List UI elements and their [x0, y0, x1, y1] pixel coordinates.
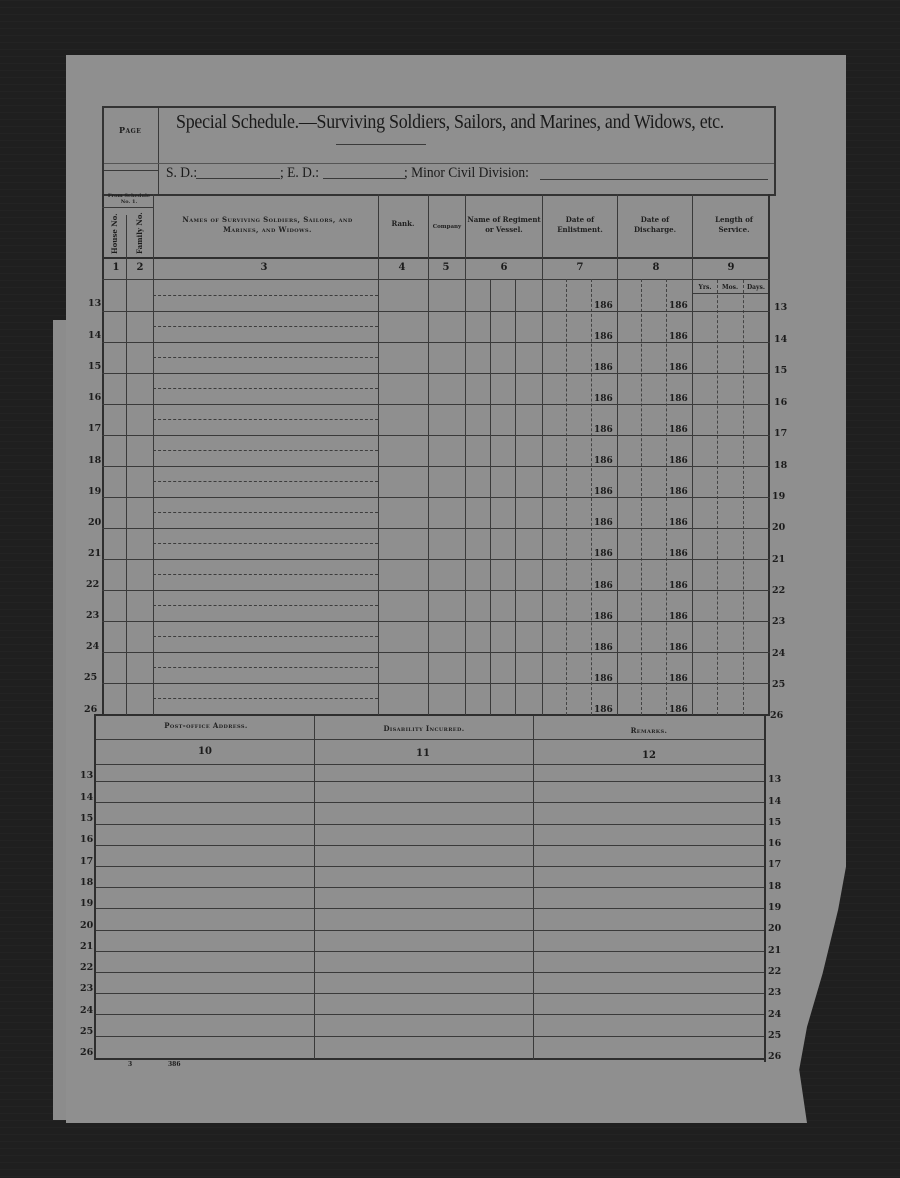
row-number: 20: [768, 923, 781, 934]
row-guide: [153, 357, 378, 358]
year-prefix: 186: [594, 581, 613, 591]
row-number: 19: [772, 491, 785, 502]
header-post-office-address: Post-office Address.: [100, 721, 312, 731]
year-prefix: 186: [594, 674, 613, 684]
colnum-row-bottom: [102, 279, 770, 280]
year-prefix: 186: [669, 549, 688, 559]
colnum-3: 3: [258, 262, 270, 273]
group-header-line: [102, 207, 154, 208]
year-prefix: 186: [669, 363, 688, 373]
row-guide: [153, 543, 378, 544]
row-number: 25: [80, 1026, 93, 1037]
title-underline: [336, 144, 426, 145]
row-number: 19: [88, 486, 101, 497]
row-guide: [153, 667, 378, 668]
year-prefix: 186: [594, 487, 613, 497]
row-line: [102, 342, 770, 343]
row-line: [96, 1036, 764, 1037]
col-divider-8-9: [692, 194, 693, 715]
group-header-schedule1: From Schedule No. 1.: [104, 193, 154, 205]
colnum-4: 4: [396, 262, 408, 273]
row-number: 23: [772, 616, 785, 627]
row-line: [96, 824, 764, 825]
row-number: 14: [774, 334, 787, 345]
row-number: 20: [80, 920, 93, 931]
colnum-6: 6: [498, 262, 510, 273]
row-line: [96, 781, 764, 782]
year-prefix: 186: [669, 674, 688, 684]
row-number: 15: [774, 365, 787, 376]
year-prefix: 186: [594, 612, 613, 622]
row-line: [102, 497, 770, 498]
row-line: [102, 311, 770, 312]
row-guide: [153, 574, 378, 575]
year-prefix: 186: [594, 705, 613, 715]
subheader-line: [692, 293, 768, 294]
header-company: Company: [429, 222, 465, 232]
row-number: 21: [88, 548, 101, 559]
row-number: 26: [770, 710, 783, 721]
year-prefix: 186: [594, 643, 613, 653]
year-prefix: 186: [594, 363, 613, 373]
row-guide: [153, 388, 378, 389]
col-divider-1-2: [126, 215, 127, 715]
col-divider-5-6: [465, 194, 466, 715]
year-prefix: 186: [669, 332, 688, 342]
row-guide: [153, 512, 378, 513]
header-discharge: Date of Discharge.: [631, 215, 679, 235]
row-number: 16: [774, 397, 787, 408]
row-guide: [153, 605, 378, 606]
row-number: 21: [768, 945, 781, 956]
row-number: 22: [772, 585, 785, 596]
year-prefix: 186: [669, 394, 688, 404]
colnum-2: 2: [134, 262, 146, 273]
lower-col-divider-11-12: [533, 716, 534, 1060]
header-house-no: House No.: [110, 216, 119, 254]
row-line: [96, 993, 764, 994]
year-prefix: 186: [594, 456, 613, 466]
subheader-years: Yrs.: [694, 284, 716, 291]
footer-mark-b: 386: [168, 1061, 181, 1068]
row-guide: [153, 698, 378, 699]
row-number: 13: [80, 770, 93, 781]
row-number: 14: [80, 792, 93, 803]
year-prefix: 186: [594, 394, 613, 404]
row-guide: [153, 419, 378, 420]
row-line: [102, 404, 770, 405]
sd-label: S. D.:: [166, 165, 197, 182]
row-number: 24: [772, 648, 785, 659]
row-number: 25: [772, 679, 785, 690]
year-prefix: 186: [669, 705, 688, 715]
header-names: Names of Surviving Soldiers, Sailors, an…: [170, 215, 365, 235]
colnum-1: 1: [110, 262, 122, 273]
row-number: 14: [88, 330, 101, 341]
row-line: [96, 1014, 764, 1015]
upper-left-border: [102, 194, 104, 716]
page-box-line: [104, 170, 158, 171]
row-number: 21: [772, 554, 785, 565]
row-number: 16: [80, 834, 93, 845]
row-number: 13: [88, 298, 101, 309]
row-number: 20: [772, 522, 785, 533]
row-number: 16: [768, 838, 781, 849]
year-prefix: 186: [669, 518, 688, 528]
col-divider-3-4: [378, 194, 379, 715]
row-number: 15: [88, 361, 101, 372]
row-number: 22: [86, 579, 99, 590]
row-number: 13: [768, 774, 781, 785]
page-box-divider: [158, 108, 159, 194]
year-prefix: 186: [594, 425, 613, 435]
row-number: 22: [80, 962, 93, 973]
row-number: 18: [774, 460, 787, 471]
year-prefix: 186: [669, 425, 688, 435]
col-divider-4-5: [428, 194, 429, 715]
ed-field[interactable]: [323, 178, 405, 179]
colnum-12: 12: [634, 750, 664, 761]
row-line: [96, 887, 764, 888]
row-line: [102, 373, 770, 374]
row-line: [96, 908, 764, 909]
row-number: 23: [768, 987, 781, 998]
colnum-5: 5: [440, 262, 452, 273]
header-disability-incurred: Disability Incurred.: [316, 724, 532, 734]
lower-right-border: [764, 714, 766, 1062]
row-guide: [153, 450, 378, 451]
row-line: [96, 930, 764, 931]
page-label: Page: [119, 125, 141, 135]
year-prefix: 186: [594, 301, 613, 311]
row-line: [96, 845, 764, 846]
colnum-10: 10: [190, 746, 220, 757]
header-rank: Rank.: [380, 219, 426, 229]
row-number: 16: [88, 392, 101, 403]
row-line: [96, 951, 764, 952]
row-number: 23: [86, 610, 99, 621]
row-number: 18: [768, 881, 781, 892]
page-edge: [53, 320, 67, 1120]
mcd-field[interactable]: [540, 179, 768, 180]
row-number: 15: [80, 813, 93, 824]
upper-header-bottom: [102, 257, 770, 259]
row-number: 17: [768, 859, 781, 870]
row-number: 19: [768, 902, 781, 913]
lower-colnum-line: [96, 764, 764, 765]
row-number: 26: [80, 1047, 93, 1058]
row-line: [96, 972, 764, 973]
row-number: 18: [80, 877, 93, 888]
row-number: 17: [774, 428, 787, 439]
row-number: 17: [88, 423, 101, 434]
row-line: [102, 528, 770, 529]
header-enlistment: Date of Enlistment.: [556, 215, 604, 235]
row-guide: [153, 481, 378, 482]
row-line: [96, 866, 764, 867]
sd-field[interactable]: [196, 178, 280, 179]
header-length-of-service: Length of Service.: [714, 215, 754, 235]
lower-header-line: [96, 739, 764, 740]
row-number: 14: [768, 796, 781, 807]
colnum-9: 9: [725, 262, 737, 273]
row-guide: [153, 636, 378, 637]
year-prefix: 186: [669, 643, 688, 653]
year-prefix: 186: [669, 456, 688, 466]
colnum-8: 8: [650, 262, 662, 273]
year-prefix: 186: [669, 612, 688, 622]
year-prefix: 186: [594, 549, 613, 559]
row-number: 15: [768, 817, 781, 828]
subheader-days: Days.: [744, 284, 768, 291]
row-line: [96, 802, 764, 803]
row-number: 23: [80, 983, 93, 994]
year-prefix: 186: [669, 487, 688, 497]
row-number: 13: [774, 302, 787, 313]
row-line: [102, 435, 770, 436]
row-number: 21: [80, 941, 93, 952]
year-prefix: 186: [669, 301, 688, 311]
lower-bottom-border: [94, 1058, 766, 1060]
col-divider-7-8: [617, 194, 618, 715]
row-number: 25: [768, 1030, 781, 1041]
row-number: 24: [80, 1005, 93, 1016]
year-prefix: 186: [669, 581, 688, 591]
row-number: 24: [86, 641, 99, 652]
footer-mark-a: 3: [128, 1061, 132, 1068]
row-guide: [153, 326, 378, 327]
row-number: 26: [768, 1051, 781, 1062]
page-title: Special Schedule.—Surviving Soldiers, Sa…: [176, 112, 724, 134]
row-number: 22: [768, 966, 781, 977]
ed-label: ; E. D.:: [280, 165, 319, 182]
colnum-11: 11: [408, 748, 438, 759]
header-mid-line: [104, 163, 774, 164]
header-regiment: Name of Regiment or Vessel.: [466, 215, 542, 235]
row-number: 25: [84, 672, 97, 683]
header-family-no: Family No.: [135, 212, 144, 254]
row-number: 20: [88, 517, 101, 528]
row-number: 24: [768, 1009, 781, 1020]
row-number: 19: [80, 898, 93, 909]
row-guide: [153, 295, 378, 296]
year-prefix: 186: [594, 332, 613, 342]
row-number: 17: [80, 856, 93, 867]
year-prefix: 186: [594, 518, 613, 528]
row-line: [102, 559, 770, 560]
row-number: 18: [88, 455, 101, 466]
upper-right-border: [768, 194, 770, 716]
row-line: [102, 466, 770, 467]
colnum-7: 7: [574, 262, 586, 273]
col-divider-6-7: [542, 194, 543, 715]
header-remarks: Remarks.: [536, 726, 762, 736]
subheader-months: Mos.: [718, 284, 742, 291]
mcd-label: ; Minor Civil Division:: [404, 165, 529, 182]
